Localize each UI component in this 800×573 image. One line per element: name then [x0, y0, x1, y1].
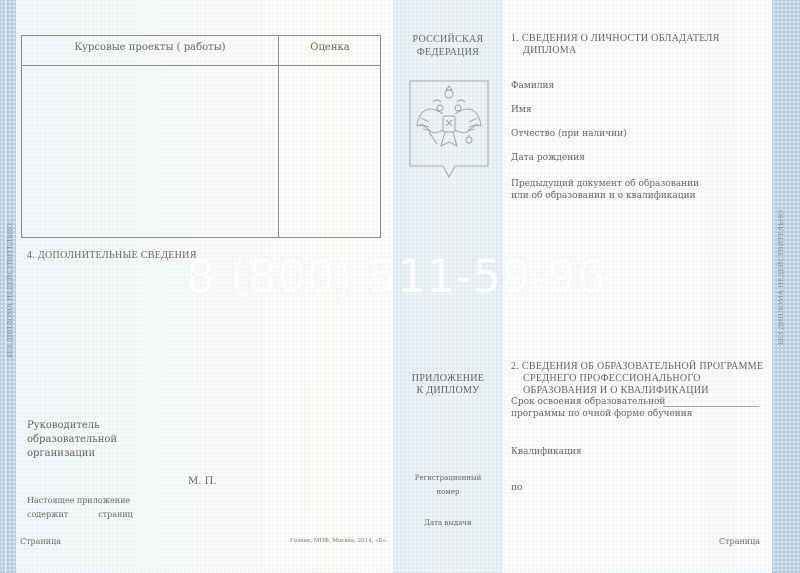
- previous-document-label: Предыдущий документ об образовании или о…: [511, 178, 699, 202]
- printer-imprint: Гознак, МПФ, Москва, 2014, «Б».: [290, 538, 388, 544]
- registration-number-label: Регистрационный номер: [393, 471, 503, 499]
- column-header-grade: Оценка: [279, 42, 381, 53]
- section-4-title: 4. ДОПОЛНИТЕЛЬНЫЕ СВЕДЕНИЯ: [27, 250, 197, 261]
- country-line-2: ФЕДЕРАЦИЯ: [393, 46, 503, 59]
- study-term-fill-line: [663, 406, 759, 407]
- surname-label: Фамилия: [511, 81, 554, 91]
- course-projects-table: Курсовые проекты ( работы) Оценка: [21, 35, 381, 238]
- specialty-prefix-label: по: [511, 483, 522, 493]
- birth-date-label: Дата рождения: [511, 153, 585, 163]
- stamp-place-label: М. П.: [188, 476, 217, 487]
- appendix-line-2: К ДИПЛОМУ: [393, 385, 503, 397]
- appendix-line-1: ПРИЛОЖЕНИЕ: [393, 373, 503, 385]
- name-label: Имя: [511, 105, 532, 115]
- reg-line-1: Регистрационный: [393, 471, 503, 485]
- table-header-divider: [22, 65, 380, 66]
- section-2-line-1: 2. СВЕДЕНИЯ ОБ ОБРАЗОВАТЕЛЬНОЙ ПРОГРАММЕ: [511, 361, 763, 373]
- phone-watermark: 8 (800) 511-59-96: [186, 250, 606, 303]
- page-count-statement: Настоящее приложение содержитстраниц: [27, 494, 133, 522]
- section-1-line-2: ДИПЛОМА: [511, 45, 720, 57]
- left-page-number-label: Страница: [20, 537, 61, 546]
- patronymic-label: Отчество (при наличии): [511, 129, 627, 139]
- head-label-line-3: организации: [27, 447, 117, 461]
- coat-of-arms-icon: [409, 80, 489, 178]
- contains-word: содержит: [27, 510, 68, 519]
- country-title: РОССИЙСКАЯ ФЕДЕРАЦИЯ: [393, 33, 503, 59]
- left-border-text: БЕЗ ДИПЛОМА НЕДЕЙСТВИТЕЛЬНО: [5, 223, 14, 358]
- term-line-2: программы по очной форме обучения: [511, 408, 692, 420]
- pages-word: страниц: [98, 510, 133, 519]
- section-1-line-1: 1. СВЕДЕНИЯ О ЛИЧНОСТИ ОБЛАДАТЕЛЯ: [511, 33, 720, 45]
- study-term-label: Срок освоения образовательной программы …: [511, 396, 692, 420]
- section-2-line-2: СРЕДНЕГО ПРОФЕССИОНАЛЬНОГО: [511, 373, 763, 385]
- right-border-text: БЕЗ ДИПЛОМА НЕДЕЙСТВИТЕЛЬНО: [776, 210, 785, 345]
- section-2-title: 2. СВЕДЕНИЯ ОБ ОБРАЗОВАТЕЛЬНОЙ ПРОГРАММЕ…: [511, 361, 763, 397]
- column-header-course-projects: Курсовые проекты ( работы): [22, 42, 278, 53]
- reg-line-2: номер: [393, 485, 503, 499]
- table-column-divider: [278, 36, 279, 237]
- head-label-line-1: Руководитель: [27, 419, 117, 433]
- qualification-label: Квалификация: [511, 447, 582, 457]
- page-count-line-2: содержитстраниц: [27, 508, 133, 522]
- appendix-title: ПРИЛОЖЕНИЕ К ДИПЛОМУ: [393, 373, 503, 397]
- head-of-organization-label: Руководитель образовательной организации: [27, 419, 117, 461]
- country-line-1: РОССИЙСКАЯ: [393, 33, 503, 46]
- prev-doc-line-2: или об образовании и о квалификации: [511, 190, 699, 202]
- page-count-line-1: Настоящее приложение: [27, 494, 133, 508]
- prev-doc-line-1: Предыдущий документ об образовании: [511, 178, 699, 190]
- right-page-number-label: Страница: [719, 537, 760, 546]
- issue-date-label: Дата выдачи: [393, 519, 503, 527]
- head-label-line-2: образовательной: [27, 433, 117, 447]
- section-1-title: 1. СВЕДЕНИЯ О ЛИЧНОСТИ ОБЛАДАТЕЛЯ ДИПЛОМ…: [511, 33, 720, 57]
